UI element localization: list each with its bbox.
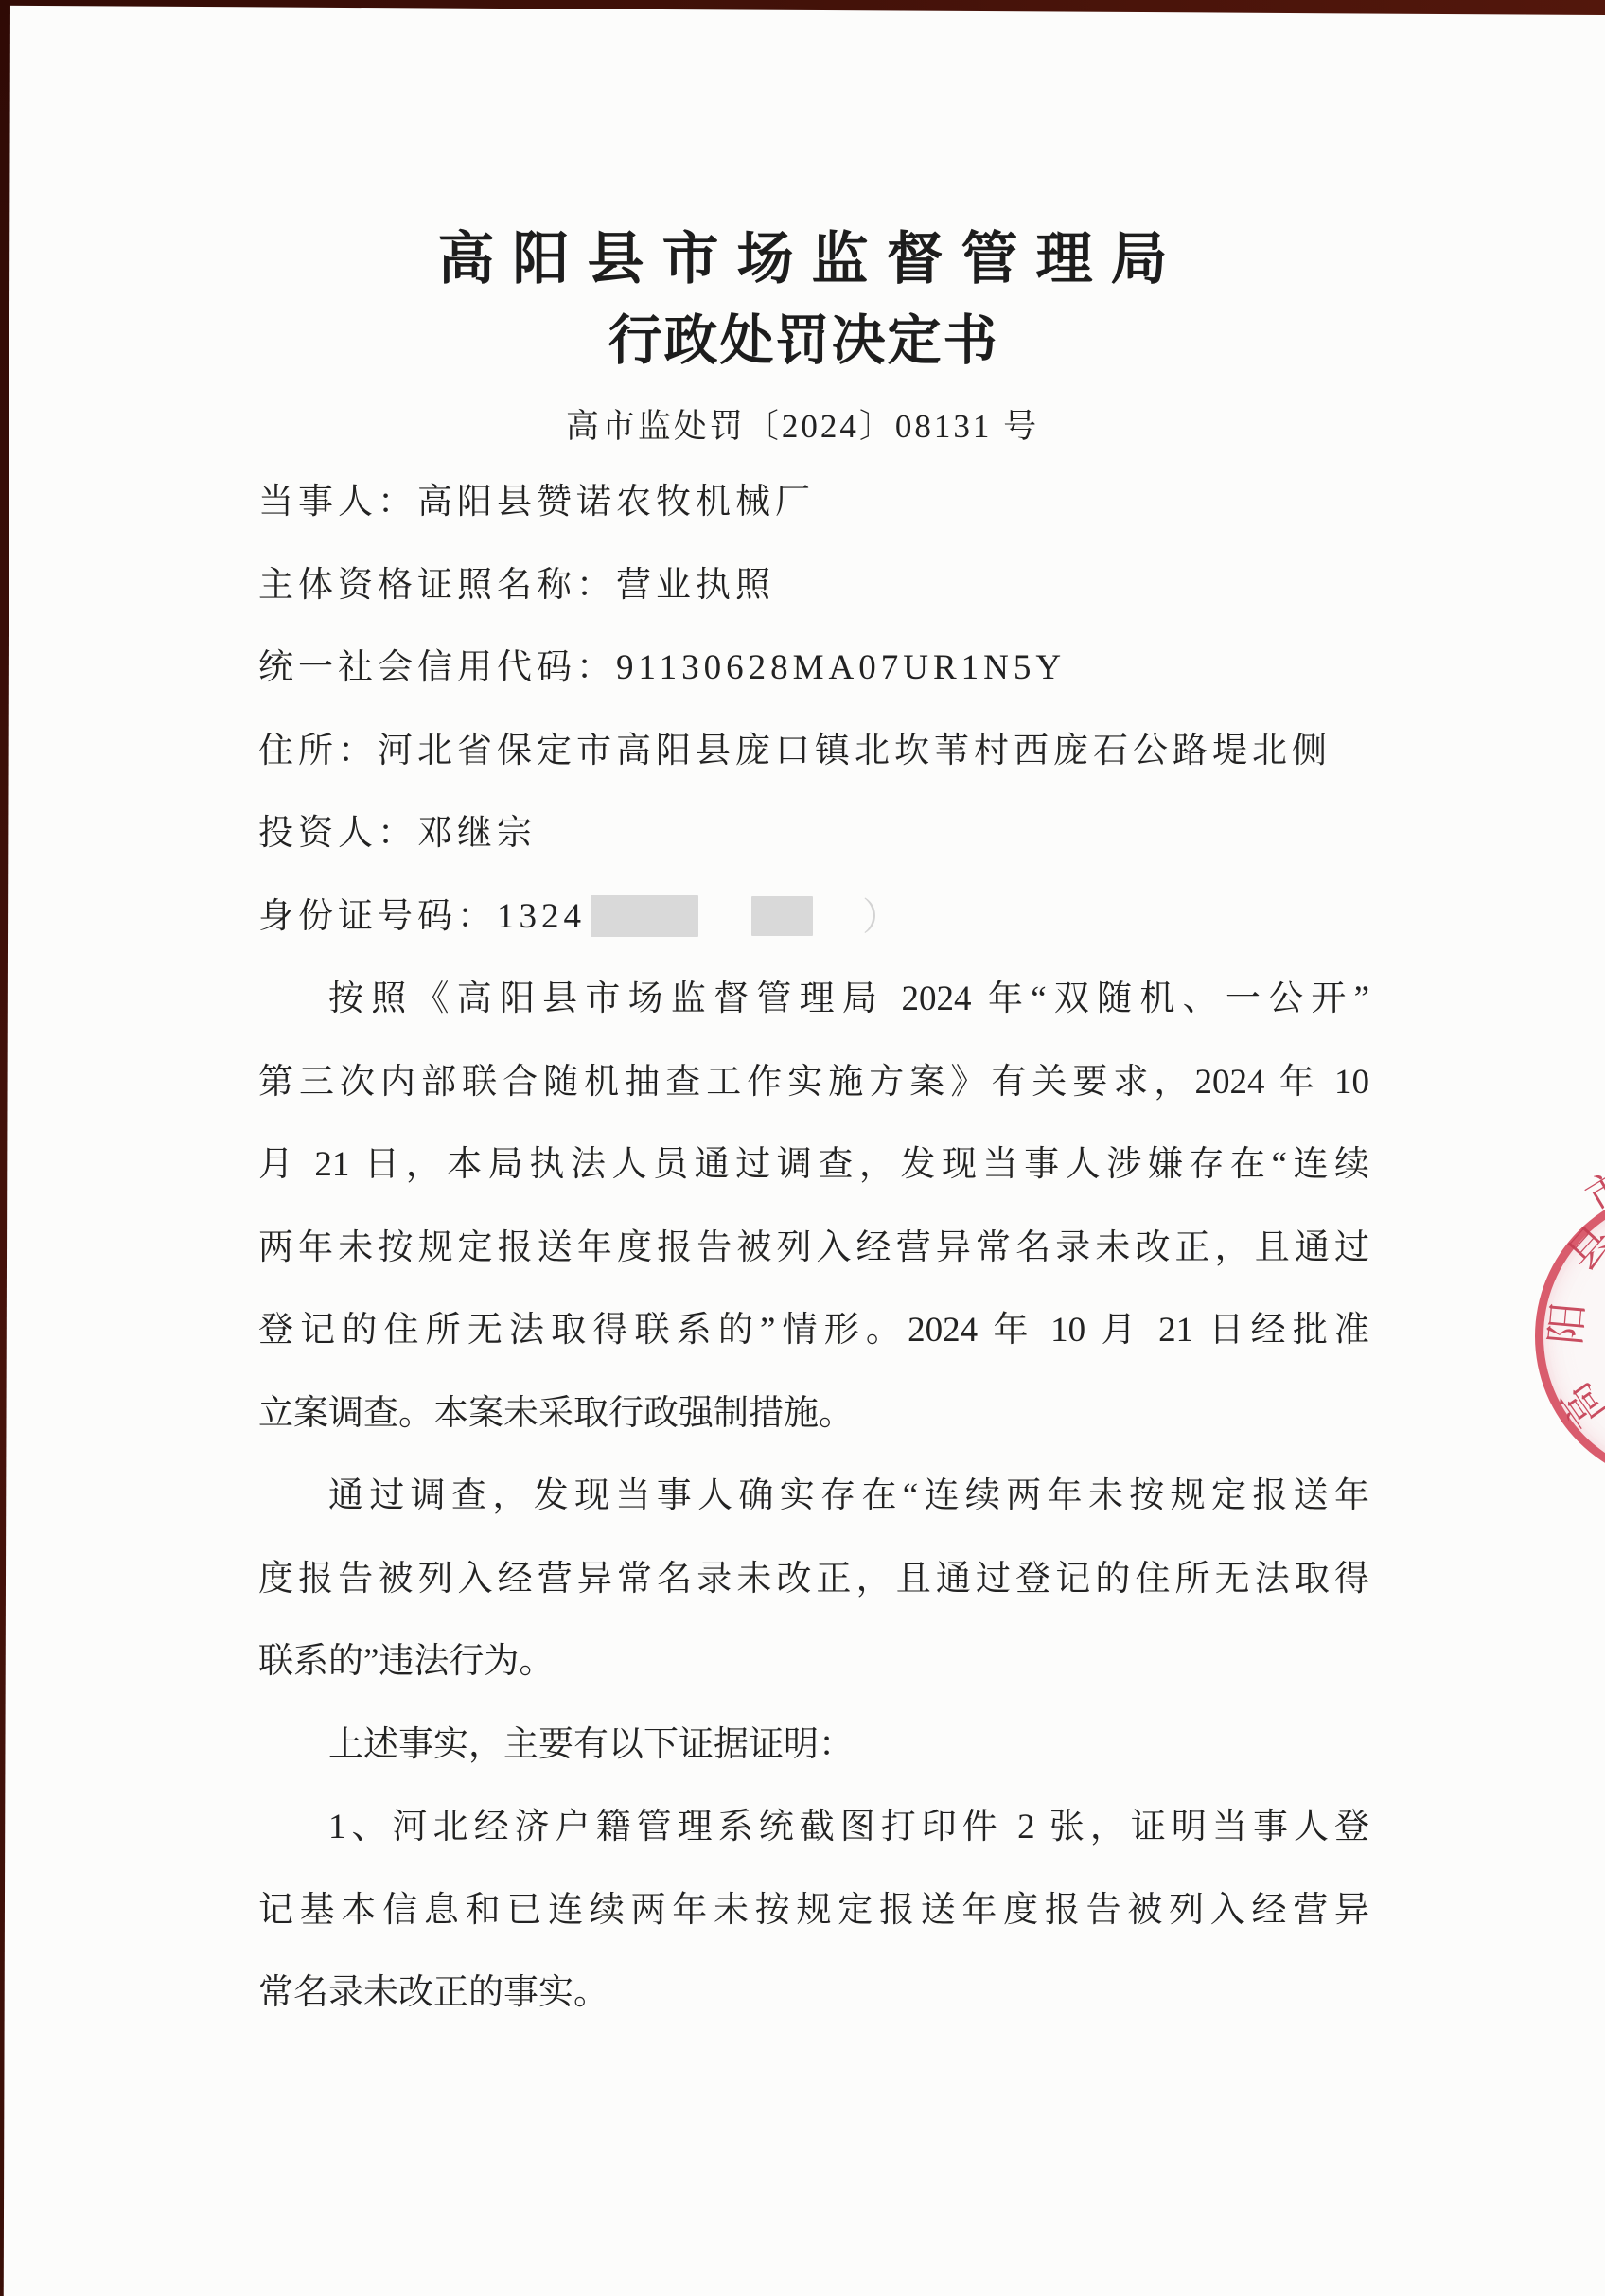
document-title-authority: 高阳县市场监督管理局	[0, 214, 1605, 295]
paragraph2-line1: 通过调查，发现当事人确实存在“连续两年未按规定报送年	[258, 1455, 1369, 1538]
paragraph1-line4: 两年未按规定报送年度报告被列入经营异常名录未改正，且通过	[258, 1207, 1369, 1290]
seal-character: 阳	[1531, 1299, 1596, 1346]
paragraph4-line2: 记基本信息和已连续两年未按规定报送年度报告被列入经营异	[258, 1869, 1369, 1952]
license-line: 主体资格证照名称：营业执照	[258, 544, 1369, 627]
paragraph1-line5: 登记的住所无法取得联系的”情形。2024 年 10 月 21 日经批准	[258, 1289, 1369, 1372]
paragraph1-line6: 立案调查。本案未采取行政强制措施。	[258, 1372, 1369, 1456]
paragraph2-line3: 联系的”违法行为。	[258, 1620, 1369, 1704]
document-body: 当事人：高阳县赞诺农牧机械厂 主体资格证照名称：营业执照 统一社会信用代码：91…	[258, 461, 1369, 2035]
document-title-type: 行政处罚决定书	[0, 297, 1605, 375]
paragraph2-line2: 度报告被列入经营异常名录未改正，且通过登记的住所无法取得	[258, 1538, 1369, 1621]
paragraph4-line3: 常名录未改正的事实。	[258, 1952, 1369, 2035]
paragraph1-line1: 按照《高阳县市场监督管理局 2024 年“双随机、一公开”	[258, 958, 1369, 1041]
id-number-line: 身份证号码：1324 ）	[258, 875, 1369, 959]
scan-border-top	[0, 0, 1605, 15]
paragraph1-line3: 月 21 日，本局执法人员通过调查，发现当事人涉嫌存在“连续	[258, 1123, 1369, 1207]
investor-line: 投资人：邓继宗	[258, 792, 1369, 875]
paragraph3-line1: 上述事实，主要有以下证据证明：	[258, 1704, 1369, 1787]
faint-scan-mark: ）	[862, 875, 900, 959]
credit-code-line: 统一社会信用代码：91130628MA07UR1N5Y	[258, 627, 1369, 710]
redaction-block	[591, 895, 698, 937]
address-line: 住所：河北省保定市高阳县庞口镇北坎苇村西庞石公路堤北侧	[258, 710, 1369, 793]
redaction-block	[751, 896, 813, 936]
scanned-penalty-decision-page: { "document": { "title_line1": "高阳县市场监督管…	[0, 0, 1605, 2296]
id-number-prefix: 身份证号码：1324	[258, 875, 586, 959]
party-line: 当事人：高阳县赞诺农牧机械厂	[258, 461, 1369, 544]
document-number: 高市监处罚〔2024〕08131 号	[0, 400, 1605, 448]
paragraph4-line1: 1、河北经济户籍管理系统截图打印件 2 张，证明当事人登	[258, 1786, 1369, 1869]
paragraph1-line2: 第三次内部联合随机抽查工作实施方案》有关要求，2024 年 10	[258, 1041, 1369, 1124]
